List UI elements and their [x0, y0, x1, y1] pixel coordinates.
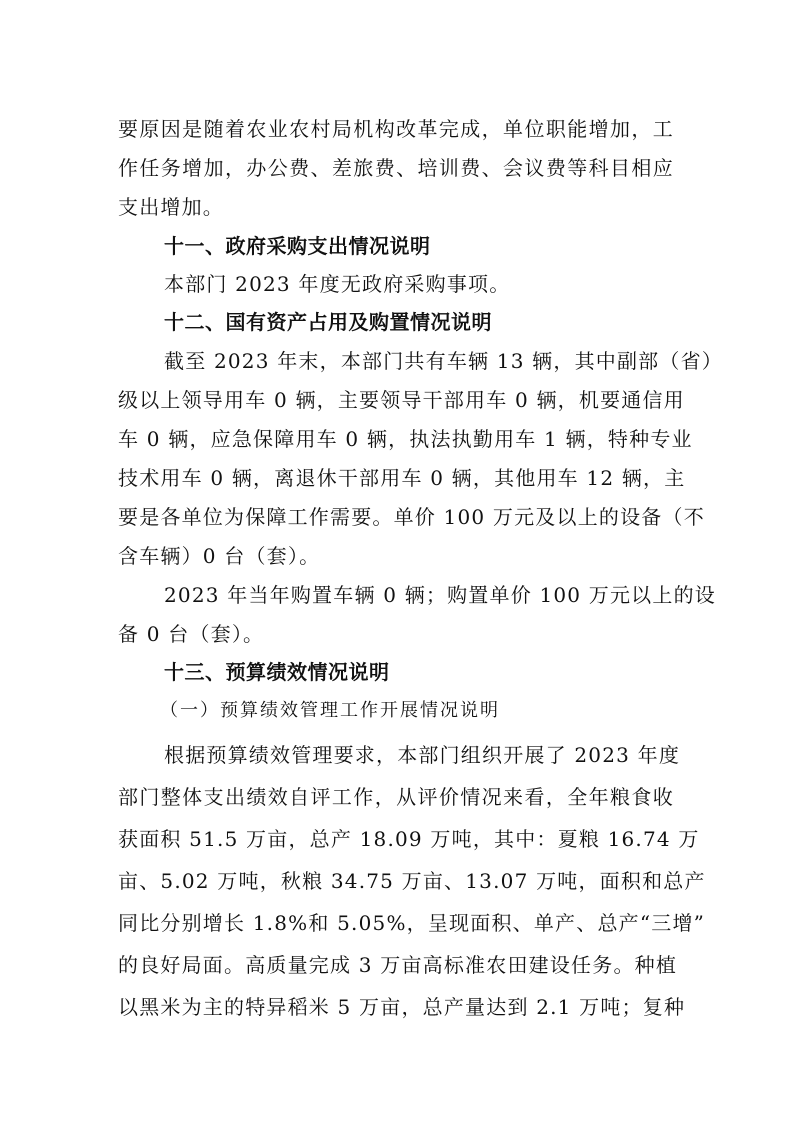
section-heading-11: 十一、政府采购支出情况说明 [164, 234, 431, 258]
paragraph-line: 同比分别增长 1.8%和 5.05%，呈现面积、单产、总产“三增” [118, 911, 674, 935]
section-heading-13: 十三、预算绩效情况说明 [164, 660, 390, 684]
subsection-heading: （一）预算绩效管理工作开展情况说明 [160, 699, 500, 723]
paragraph-line: 以黑米为主的特异稻米 5 万亩，总产量达到 2.1 万吨；复种 [118, 995, 674, 1019]
paragraph-line: 截至 2023 年末，本部门共有车辆 13 辆，其中副部（省） [164, 349, 674, 373]
paragraph-line: 级以上领导用车 0 辆，主要领导干部用车 0 辆，机要通信用 [118, 388, 674, 412]
paragraph-line: 支出增加。 [118, 195, 224, 219]
section-heading-12: 十二、国有资产占用及购置情况说明 [164, 310, 492, 334]
paragraph-line: 部门整体支出绩效自评工作，从评价情况来看，全年粮食收 [118, 785, 674, 809]
paragraph-line: 含车辆）0 台（套）。 [118, 544, 320, 568]
paragraph-line: 本部门 2023 年度无政府采购事项。 [164, 272, 510, 296]
paragraph-line: 获面积 51.5 万亩，总产 18.09 万吨，其中：夏粮 16.74 万 [118, 827, 674, 851]
paragraph-line: 技术用车 0 辆，离退休干部用车 0 辆，其他用车 12 辆，主 [118, 466, 674, 490]
paragraph-line: 要是各单位为保障工作需要。单价 100 万元及以上的设备（不 [118, 505, 674, 529]
paragraph-line: 作任务增加，办公费、差旅费、培训费、会议费等科目相应 [118, 156, 674, 180]
paragraph-line: 车 0 辆，应急保障用车 0 辆，执法执勤用车 1 辆，特种专业 [118, 427, 674, 451]
paragraph-line: 要原因是随着农业农村局机构改革完成，单位职能增加，工 [118, 117, 674, 141]
paragraph-line: 亩、5.02 万吨，秋粮 34.75 万亩、13.07 万吨，面积和总产 [118, 869, 674, 893]
paragraph-line: 的良好局面。高质量完成 3 万亩高标准农田建设任务。种植 [118, 953, 674, 977]
paragraph-line: 备 0 台（套）。 [118, 622, 264, 646]
paragraph-line: 2023 年当年购置车辆 0 辆；购置单价 100 万元以上的设 [164, 583, 674, 607]
paragraph-line: 根据预算绩效管理要求，本部门组织开展了 2023 年度 [164, 743, 674, 767]
